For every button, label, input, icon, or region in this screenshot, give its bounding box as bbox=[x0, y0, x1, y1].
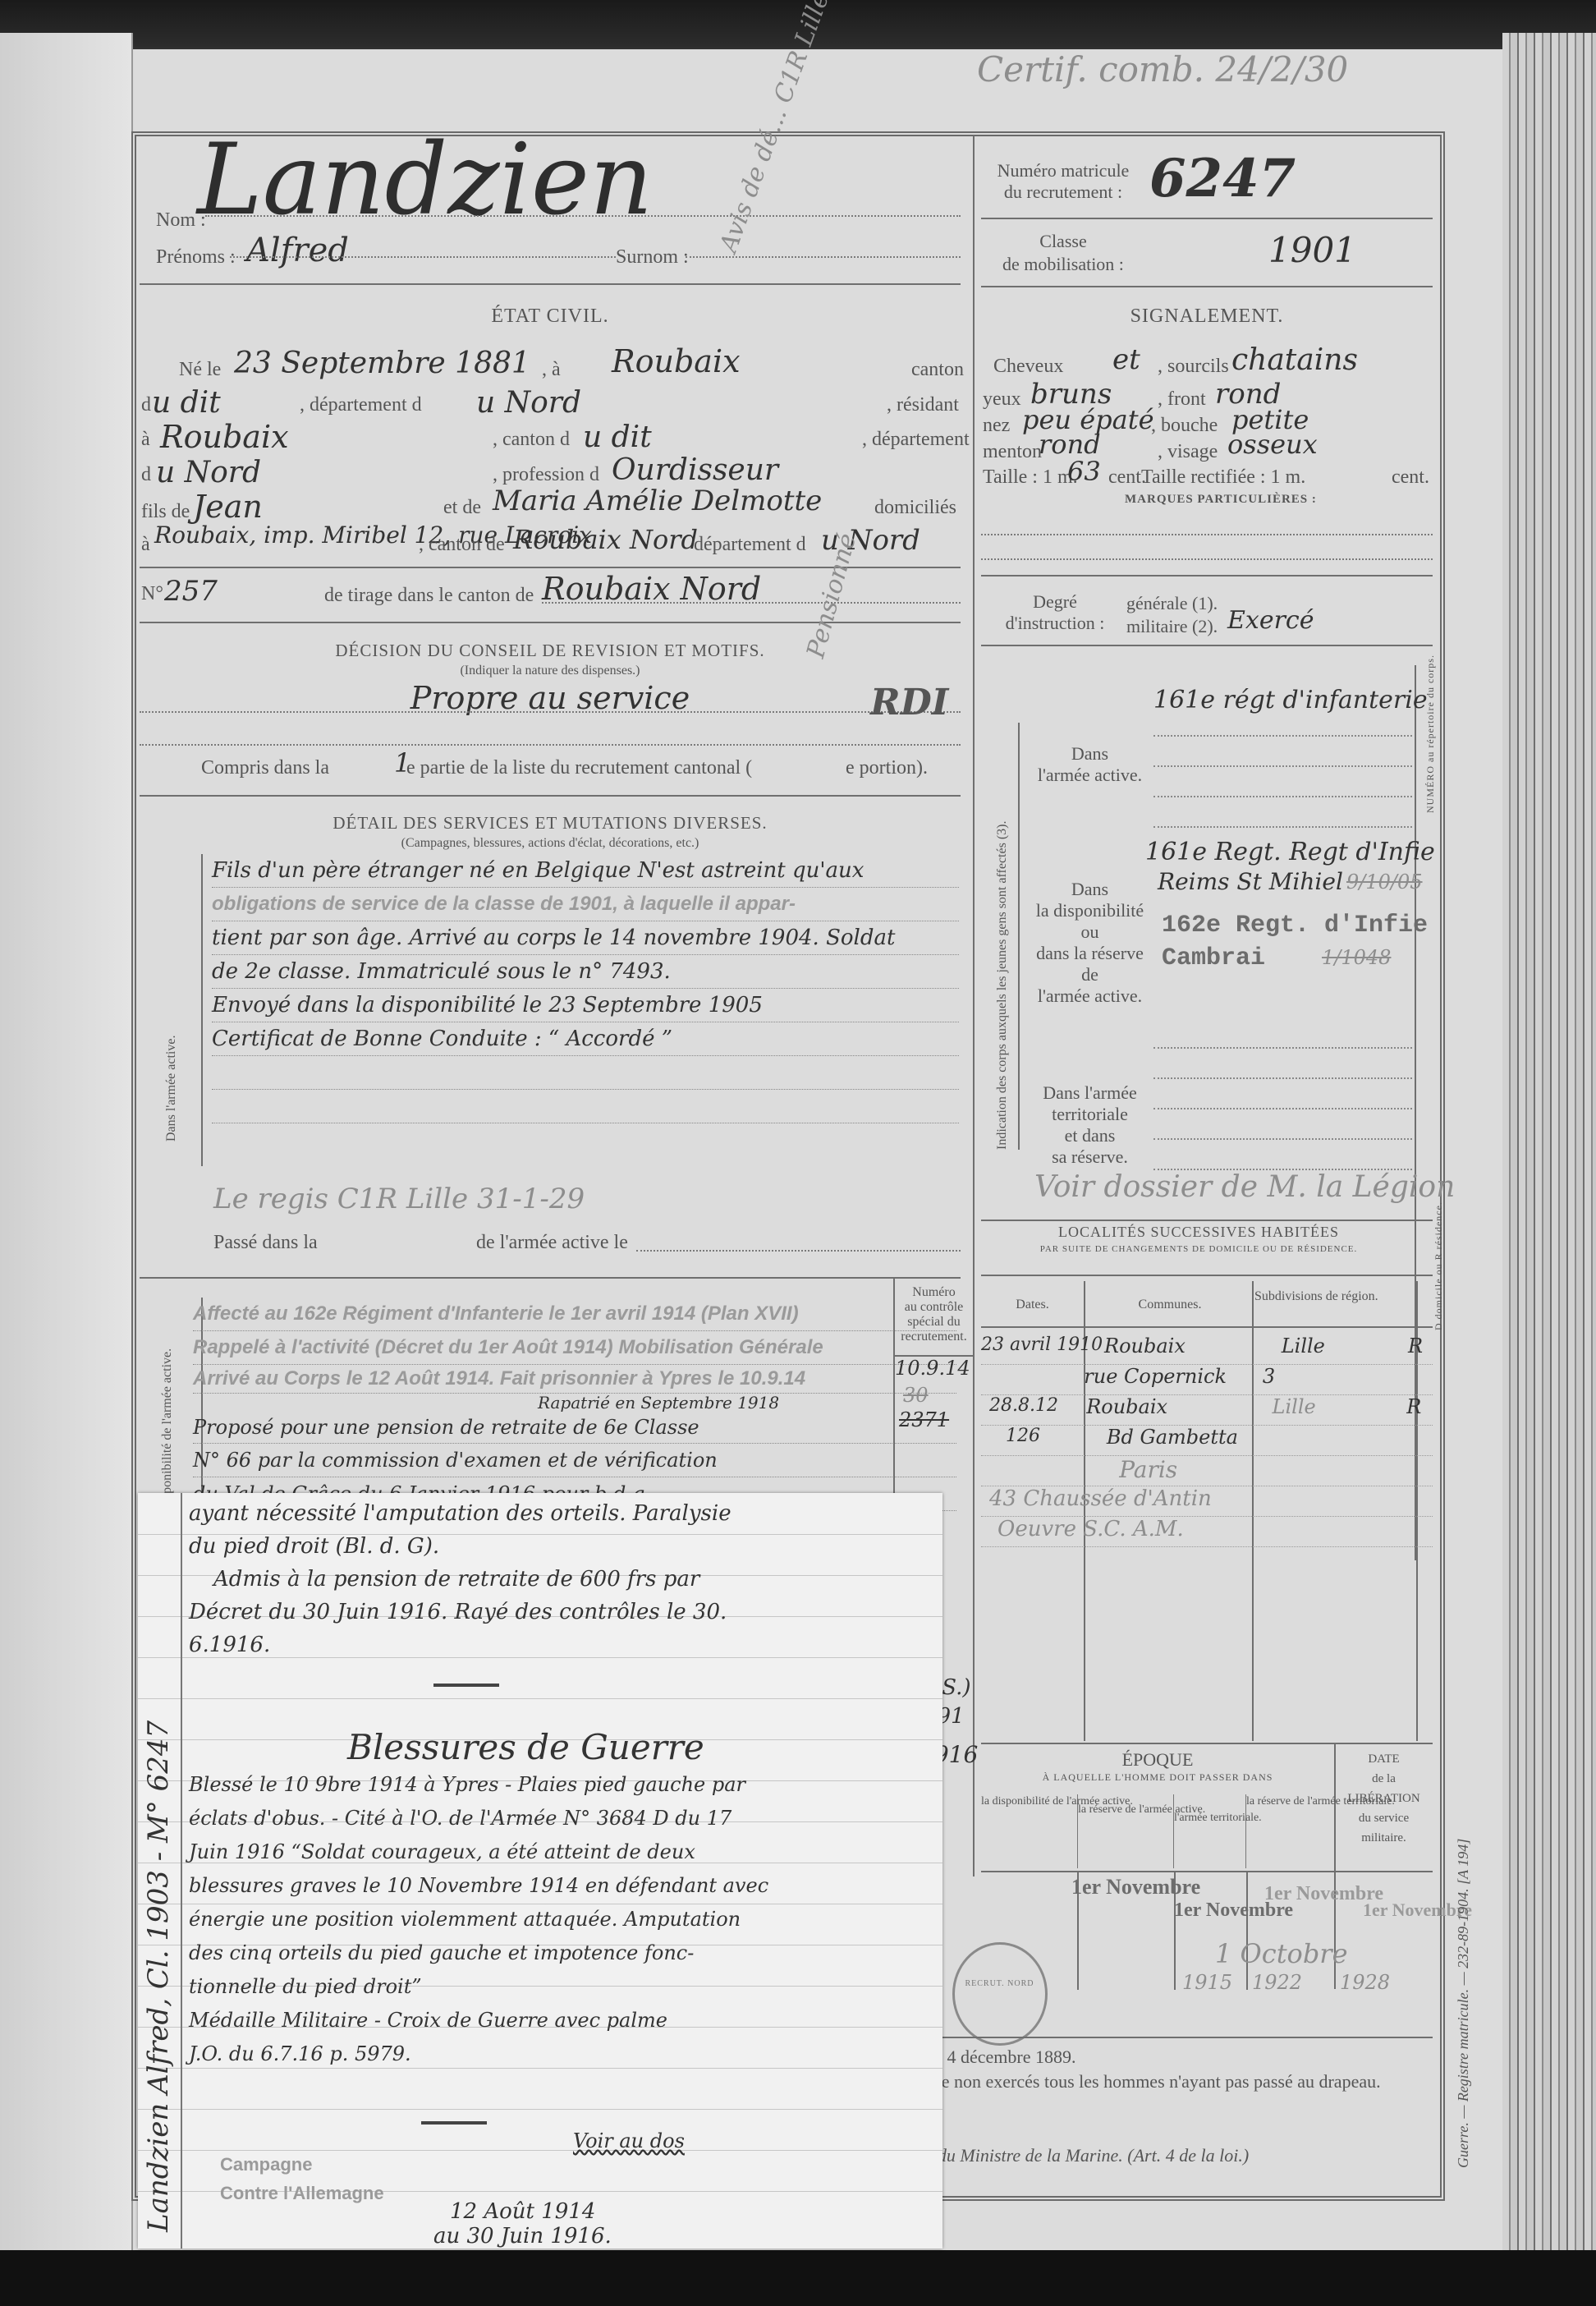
divider bbox=[862, 2037, 1433, 2038]
prenoms-value: Alfred bbox=[246, 232, 349, 269]
corps-line bbox=[1153, 797, 1412, 828]
mere-label: et de bbox=[443, 497, 481, 519]
localites-date bbox=[981, 1365, 1084, 1394]
blessures-line: éclats d'obus. - Cité à l'O. de l'Armée … bbox=[189, 1802, 936, 1835]
taille-value: 63 bbox=[1067, 456, 1101, 487]
localites-row: 28.8.12 Roubaix Lille R bbox=[981, 1395, 1433, 1426]
corps-line bbox=[1153, 1049, 1412, 1079]
date-title-1: DATE bbox=[1368, 1752, 1399, 1766]
localites-dr bbox=[1406, 1426, 1433, 1455]
residence-canton-value: u dit bbox=[583, 420, 652, 454]
departement-label: , département d bbox=[300, 394, 422, 416]
recrutement-circle-stamp bbox=[952, 1942, 1048, 2046]
dispo-label-6: l'armée active. bbox=[1038, 985, 1142, 1006]
cheveux-label: Cheveux bbox=[993, 356, 1063, 378]
tirage-label: de tirage dans le canton de bbox=[324, 585, 534, 607]
decision-subtitle: (Indiquer la nature des dispenses.) bbox=[140, 664, 961, 678]
corps-line bbox=[1153, 706, 1412, 737]
decision-line bbox=[140, 711, 961, 713]
tirage-line bbox=[542, 602, 961, 604]
reserve-line: Rappelé à l'activité (Décret du 1er Août… bbox=[193, 1331, 956, 1365]
epoque-title: ÉPOQUE bbox=[981, 1749, 1334, 1771]
footnotes: ...ction du 4 décembre 1889. ...a comme … bbox=[870, 2045, 1429, 2168]
profession-label: , profession d bbox=[493, 464, 599, 486]
parents-canton-label: , canton de bbox=[419, 534, 505, 556]
column-divider bbox=[973, 136, 975, 1876]
corps-line bbox=[1153, 767, 1412, 797]
localites-row: rue Copernick 3 bbox=[981, 1365, 1433, 1395]
tirage-no-value: 257 bbox=[164, 575, 218, 608]
decision-title: DÉCISION DU CONSEIL DE REVISION ET MOTIF… bbox=[140, 641, 961, 661]
controle-header-3: spécial du bbox=[907, 1315, 960, 1329]
parents-a-label: à bbox=[141, 534, 150, 556]
dispo-struck-1: 9/10/05 bbox=[1346, 870, 1423, 893]
residence-a-label: à bbox=[141, 429, 150, 451]
generale-label: générale (1). bbox=[1126, 593, 1218, 614]
localites-subdivision: Lille bbox=[1240, 1395, 1407, 1425]
services-line: Envoyé dans la disponibilité le 23 Septe… bbox=[212, 989, 959, 1022]
compris-label: Compris dans la bbox=[201, 757, 329, 779]
imprint: Guerre. — Registre matricule. — 232-89-1… bbox=[1455, 1659, 1472, 2168]
services-title: DÉTAIL DES SERVICES ET MUTATIONS DIVERSE… bbox=[140, 813, 961, 834]
slip-ruling bbox=[138, 1698, 942, 1699]
active-lines bbox=[1153, 706, 1412, 828]
parents-departement-label: département d bbox=[694, 534, 806, 556]
signalement-title: SIGNALEMENT. bbox=[981, 305, 1433, 328]
nom-value: Landzien bbox=[197, 123, 653, 237]
epoque-col: la réserve de l'armée active. bbox=[1078, 1794, 1174, 1868]
footnote: ...osition du Ministre de la Marine. (Ar… bbox=[870, 2143, 1429, 2168]
active-label: Dans l'armée active. bbox=[1022, 743, 1158, 786]
blessures-title: Blessures de Guerre bbox=[347, 1727, 704, 1767]
visage-value: osseux bbox=[1227, 429, 1318, 460]
territoriale-note: Voir dossier de M. la Légion bbox=[1034, 1170, 1455, 1204]
departement-value: u Nord bbox=[476, 386, 581, 420]
localites-dr: R bbox=[1408, 1334, 1433, 1364]
dispo-label-2: la disponibilité bbox=[1036, 900, 1144, 921]
militaire-value: Exercé bbox=[1227, 606, 1314, 635]
divider bbox=[981, 1871, 1433, 1872]
controle-value-3: 2371 bbox=[899, 1408, 949, 1431]
corps-line bbox=[1153, 1018, 1412, 1049]
slip-ruling bbox=[138, 2109, 942, 2110]
controle-header-2: au contrôle bbox=[905, 1300, 964, 1314]
reserve-line: Rapatrié en Septembre 1918 bbox=[193, 1394, 956, 1412]
footnote: ...ire. bbox=[870, 2119, 1429, 2143]
reserve-line: N° 66 par la commission d'examen et de v… bbox=[193, 1444, 956, 1477]
mere-value: Maria Amélie Delmotte bbox=[493, 485, 822, 517]
epoque-divider bbox=[1246, 1871, 1248, 1990]
canton-d-label: d bbox=[141, 394, 151, 416]
prenoms-label: Prénoms : bbox=[156, 246, 236, 269]
epoque-col: la disponibilité de l'armée active. bbox=[981, 1794, 1078, 1868]
page-edges-right bbox=[1502, 33, 1596, 2267]
controle-value-2: 30 bbox=[903, 1384, 929, 1407]
controle-value-1: 10.9.14 bbox=[895, 1357, 970, 1380]
campagne-stamp-1: Campagne bbox=[220, 2154, 312, 2175]
corps-line bbox=[1153, 737, 1412, 767]
epoque-stamp-3: 1er Novembre bbox=[1174, 1899, 1293, 1922]
divider bbox=[981, 1743, 1433, 1744]
matricule-label-1: Numéro matricule bbox=[997, 160, 1130, 181]
lieu-naissance: Roubaix bbox=[612, 343, 741, 379]
epoque-columns: la disponibilité de l'armée active. la r… bbox=[981, 1794, 1334, 1868]
services-line: tient par son âge. Arrivé au corps le 14… bbox=[212, 921, 959, 955]
localites-date: 28.8.12 bbox=[981, 1395, 1086, 1425]
blessures-line: tionnelle du pied droit” bbox=[189, 1970, 936, 2004]
slip-separator-2 bbox=[421, 2121, 487, 2125]
menton-label: menton bbox=[983, 441, 1042, 463]
terr-label-1: Dans l'armée bbox=[1043, 1082, 1137, 1103]
localites-commune: Roubaix bbox=[1088, 1334, 1249, 1364]
services-subtitle: (Campagnes, blessures, actions d'éclat, … bbox=[140, 836, 961, 851]
terr-label-3: et dans bbox=[1065, 1125, 1116, 1146]
localites-date: 126 bbox=[981, 1426, 1107, 1455]
marques-line bbox=[981, 534, 1433, 535]
nom-line bbox=[205, 215, 961, 217]
residence-departement-value: u Nord bbox=[156, 456, 261, 489]
slip-line: ayant nécessité l'amputation des orteils… bbox=[189, 1497, 936, 1530]
militaire-label: militaire (2). bbox=[1126, 616, 1218, 637]
services-line: obligations de service de la classe de 1… bbox=[212, 888, 959, 921]
residence-canton-label: , canton d bbox=[493, 429, 570, 451]
territoriale-label: Dans l'armée territoriale et dans sa rés… bbox=[1022, 1082, 1158, 1168]
services-bracket bbox=[201, 854, 203, 1166]
localites-col-dr: D domicile ou R résidence. bbox=[1433, 1281, 1445, 1330]
footnote: ...ction du 4 décembre 1889. bbox=[870, 2045, 1429, 2069]
corps-divider bbox=[1018, 723, 1020, 1150]
canton-value: u dit bbox=[152, 386, 221, 420]
localites-title: LOCALITÉS SUCCESSIVES HABITÉES bbox=[981, 1224, 1416, 1241]
divider bbox=[981, 1326, 1433, 1328]
reserve-line: Proposé pour une pension de retraite de … bbox=[193, 1412, 956, 1444]
epoque-col: l'armée territoriale. bbox=[1174, 1794, 1246, 1868]
residant-label: , résidant bbox=[887, 394, 959, 416]
services-lines: Fils d'un père étranger né en Belgique N… bbox=[212, 854, 959, 1123]
slip-ruling bbox=[138, 2150, 942, 2151]
divider bbox=[981, 575, 1433, 576]
localites-commune: Oeuvre S.C. A.M. bbox=[981, 1517, 1408, 1546]
voir-au-dos: Voir au dos bbox=[573, 2129, 685, 2152]
dispo-value-4: Cambrai bbox=[1162, 944, 1265, 972]
campagne-to: au 30 Juin 1916. bbox=[433, 2224, 612, 2249]
localites-dr: R bbox=[1406, 1395, 1433, 1425]
yeux-label: yeux bbox=[983, 388, 1021, 411]
active-label-1: Dans bbox=[1071, 743, 1108, 764]
surnom-line bbox=[686, 256, 961, 258]
ne-le-label: Né le bbox=[179, 359, 221, 381]
localites-date bbox=[981, 1456, 1078, 1486]
epoque-subtitle: À LAQUELLE L'HOMME DOIT PASSER DANS bbox=[981, 1771, 1334, 1784]
a-label: , à bbox=[542, 359, 561, 381]
canton-label: canton bbox=[911, 359, 964, 381]
parents-canton-value: Roubaix Nord bbox=[513, 524, 698, 555]
dispo-label-5: de bbox=[1081, 964, 1098, 985]
localites-date: 23 avril 1910 bbox=[981, 1334, 1088, 1364]
date-title-5: militaire. bbox=[1361, 1831, 1406, 1844]
localites-col-subdivisions: Subdivisions de région. bbox=[1254, 1289, 1378, 1304]
ne-le-value: 23 Septembre 1881 bbox=[234, 347, 530, 380]
etat-civil-title: ÉTAT CIVIL. bbox=[140, 305, 961, 328]
localites-row: Oeuvre S.C. A.M. bbox=[981, 1517, 1433, 1547]
blessures-line: Blessé le 10 9bre 1914 à Ypres - Plaies … bbox=[189, 1768, 936, 1802]
dispo-value-3: 162e Regt. d'Infie bbox=[1162, 912, 1428, 939]
classe-label-1: Classe bbox=[1039, 231, 1086, 251]
localites-subtitle: PAR SUITE DE CHANGEMENTS DE DOMICILE OU … bbox=[981, 1244, 1416, 1254]
attached-paper-slip: Landzien Alfred, Cl. 1903 - M° 6247 ayan… bbox=[138, 1493, 942, 2249]
slip-separator bbox=[433, 1684, 499, 1687]
services-line: Fils d'un père étranger né en Belgique N… bbox=[212, 854, 959, 888]
nez-label: nez bbox=[983, 415, 1010, 437]
dispo-struck-2: 1/1048 bbox=[1322, 946, 1391, 969]
disponibilite-label: Dans la disponibilité ou dans la réserve… bbox=[1022, 879, 1158, 1007]
controle-header-4: recrutement. bbox=[901, 1330, 966, 1344]
localites-subdivision bbox=[1273, 1456, 1407, 1486]
footnote: ...é. bbox=[870, 2094, 1429, 2119]
compris-suffix: e partie de la liste du recrutement cant… bbox=[406, 757, 752, 779]
localites-col-communes: Communes. bbox=[1092, 1298, 1248, 1312]
reg-note: Le regis C1R Lille 31-1-29 bbox=[213, 1183, 585, 1215]
slip-line: Admis à la pension de retraite de 600 fr… bbox=[189, 1563, 936, 1596]
front-label: , front bbox=[1158, 388, 1206, 411]
localites-commune: Paris bbox=[1078, 1456, 1272, 1486]
localites-commune: Roubaix bbox=[1086, 1395, 1239, 1425]
services-empty-line bbox=[212, 1056, 959, 1090]
blessures-line: blessures graves le 10 Novembre 1914 en … bbox=[189, 1869, 936, 1903]
blessures-line: J.O. du 6.7.16 p. 5979. bbox=[189, 2037, 936, 2071]
taille-rectifiee-label: Taille rectifiée : 1 m. bbox=[1141, 466, 1305, 489]
localites-commune: Bd Gambetta bbox=[1107, 1426, 1266, 1455]
divider bbox=[981, 218, 1433, 219]
services-empty-line bbox=[212, 1090, 959, 1123]
sourcils-label: , sourcils bbox=[1158, 356, 1229, 378]
services-line: de 2e classe. Immatriculé sous le n° 749… bbox=[212, 955, 959, 989]
left-page-margin bbox=[0, 33, 133, 2258]
sourcils-value: chatains bbox=[1231, 343, 1358, 377]
classe-label: Classede mobilisation : bbox=[977, 230, 1149, 276]
dispo-label-1: Dans bbox=[1071, 879, 1108, 899]
blessures-line: Médaille Militaire - Croix de Guerre ave… bbox=[189, 2004, 936, 2037]
epoque-year-3: 1928 bbox=[1340, 1971, 1390, 1994]
active-label-2: l'armée active. bbox=[1038, 765, 1142, 785]
divider bbox=[981, 286, 1433, 287]
localites-table: 23 avril 1910 Roubaix Lille R rue Copern… bbox=[981, 1334, 1433, 1547]
localites-subdivision: Lille bbox=[1249, 1334, 1408, 1364]
localites-dr bbox=[1406, 1456, 1433, 1486]
portion-label: e portion). bbox=[846, 757, 928, 779]
campagne-from: 12 Août 1914 bbox=[450, 2199, 595, 2224]
profession-value: Ourdisseur bbox=[612, 453, 778, 487]
localites-subdivision bbox=[1266, 1426, 1406, 1455]
slip-line: du pied droit (Bl. d. G). bbox=[189, 1530, 936, 1563]
slip-margin-line bbox=[181, 1493, 182, 2249]
localites-row: Paris bbox=[981, 1456, 1433, 1486]
fils-de-label: fils de bbox=[141, 501, 190, 523]
slip-line: 6.1916. bbox=[189, 1628, 936, 1661]
passe-label: Passé dans la bbox=[213, 1232, 318, 1254]
pere-value: Jean bbox=[193, 489, 263, 525]
terr-label-2: territoriale bbox=[1052, 1104, 1128, 1124]
reserve-line: Affecté au 162e Régiment d'Infanterie le… bbox=[193, 1298, 956, 1331]
matricule-value: 6247 bbox=[1149, 148, 1296, 209]
slip-vertical-name: Landzien Alfred, Cl. 1903 - M° 6247 bbox=[142, 1509, 175, 2232]
corps-line bbox=[1153, 1109, 1412, 1140]
book-bottom-shadow bbox=[0, 2250, 1596, 2306]
localites-row: 126 Bd Gambetta bbox=[981, 1426, 1433, 1456]
passe-suffix: de l'armée active le bbox=[476, 1232, 628, 1254]
tirage-no-label: N° bbox=[141, 583, 163, 605]
certif-annotation: Certif. comb. 24/2/30 bbox=[977, 49, 1348, 90]
epoque-year-1: 1915 bbox=[1182, 1971, 1232, 1994]
localites-subdivision: 3 bbox=[1246, 1365, 1405, 1394]
circle-stamp-text: RECRUT. NORD bbox=[952, 1979, 1047, 1988]
epoque-year-2: 1922 bbox=[1252, 1971, 1302, 1994]
date-title-4: du service bbox=[1359, 1812, 1409, 1825]
dispo-value-1: 161e Regt. Regt d'Infie bbox=[1145, 838, 1435, 866]
bouche-label: , bouche bbox=[1151, 415, 1218, 437]
divider bbox=[981, 1275, 1433, 1276]
localites-col-dates: Dates. bbox=[981, 1298, 1084, 1312]
dispo-value-2: Reims St Mihiel bbox=[1158, 868, 1343, 895]
campagne-stamp-2: Contre l'Allemagne bbox=[220, 2183, 384, 2204]
cheveux-value: et bbox=[1112, 343, 1140, 376]
corps-line bbox=[1153, 1140, 1412, 1170]
epoque-stamp-1: 1er Novembre bbox=[1071, 1875, 1200, 1899]
divider bbox=[981, 645, 1433, 646]
classe-label-2: de mobilisation : bbox=[1002, 254, 1124, 274]
departement-d-label: d bbox=[141, 464, 151, 486]
localites-row: 23 avril 1910 Roubaix Lille R bbox=[981, 1334, 1433, 1365]
liberation-date: 1 Octobre bbox=[1215, 1938, 1348, 1969]
residence-departement-label: , département bbox=[862, 429, 970, 451]
cent-label-2: cent. bbox=[1392, 466, 1429, 489]
taille-label: Taille : 1 m. bbox=[983, 466, 1078, 489]
marques-line bbox=[981, 558, 1433, 560]
degre-label: Degréd'instruction : bbox=[993, 591, 1117, 634]
corps-line bbox=[1153, 1079, 1412, 1109]
blessures-line: Juin 1916 “Soldat courageux, a été attei… bbox=[189, 1835, 936, 1869]
matricule-label-2: du recrutement : bbox=[1004, 181, 1122, 202]
localites-row: 43 Chaussée d'Antin bbox=[981, 1486, 1433, 1517]
reserve-line: Arrivé au Corps le 12 Août 1914. Fait pr… bbox=[193, 1365, 956, 1394]
divider bbox=[140, 1277, 961, 1279]
corps-vertical-label: Indication des corps auxquels les jeunes… bbox=[995, 657, 1010, 1150]
passe-line bbox=[636, 1250, 961, 1252]
divider bbox=[981, 1220, 1433, 1221]
divider bbox=[140, 283, 961, 285]
slip-line: Décret du 30 Juin 1916. Rayé des contrôl… bbox=[189, 1596, 936, 1628]
terr-label-4: sa réserve. bbox=[1052, 1146, 1128, 1167]
blessures-line: des cinq orteils du pied gauche et impot… bbox=[189, 1936, 936, 1970]
domicilies-label: domiciliés bbox=[874, 497, 956, 519]
surnom-label: Surnom : bbox=[616, 246, 689, 269]
nom-label: Nom : bbox=[156, 209, 206, 232]
degre-label-1: Degré bbox=[1033, 591, 1077, 612]
slip-top-text: ayant nécessité l'amputation des orteils… bbox=[189, 1497, 936, 1661]
epoque-col: la réserve de l'armée territoriale. bbox=[1246, 1794, 1335, 1868]
marques-label: MARQUES PARTICULIÈRES : bbox=[1125, 493, 1317, 507]
classe-value: 1901 bbox=[1268, 230, 1356, 270]
matricule-label: Numéro matriculedu recrutement : bbox=[977, 160, 1149, 203]
blessures-text: Blessé le 10 9bre 1914 à Ypres - Plaies … bbox=[189, 1768, 936, 2071]
residence-value: Roubaix bbox=[160, 419, 289, 455]
divider bbox=[140, 795, 961, 797]
prenoms-line bbox=[230, 256, 616, 258]
localites-commune: 43 Chaussée d'Antin bbox=[981, 1486, 1400, 1516]
services-side-label: Dans l'armée active. bbox=[164, 936, 179, 1142]
decision-line bbox=[140, 744, 961, 746]
degre-label-2: d'instruction : bbox=[1006, 613, 1105, 633]
controle-header-1: Numéro bbox=[912, 1285, 955, 1299]
services-line: Certificat de Bonne Conduite : “ Accordé… bbox=[212, 1022, 959, 1056]
dispo-label-3: ou bbox=[1081, 921, 1099, 942]
localites-dr bbox=[1405, 1365, 1433, 1394]
territoriale-lines bbox=[1153, 1018, 1412, 1170]
date-title-2: de la bbox=[1372, 1772, 1396, 1785]
localites-commune: rue Copernick bbox=[1084, 1365, 1246, 1394]
dispo-label-4: dans la réserve bbox=[1036, 943, 1144, 963]
footnote: ...a comme non exercés tous les hommes n… bbox=[870, 2069, 1429, 2094]
rdi-annotation: RDI bbox=[870, 682, 948, 723]
controle-header: Numéro au contrôle spécial du recrutemen… bbox=[895, 1285, 973, 1344]
visage-label: , visage bbox=[1158, 441, 1218, 463]
blessures-line: énergie une position violemment attaquée… bbox=[189, 1903, 936, 1936]
